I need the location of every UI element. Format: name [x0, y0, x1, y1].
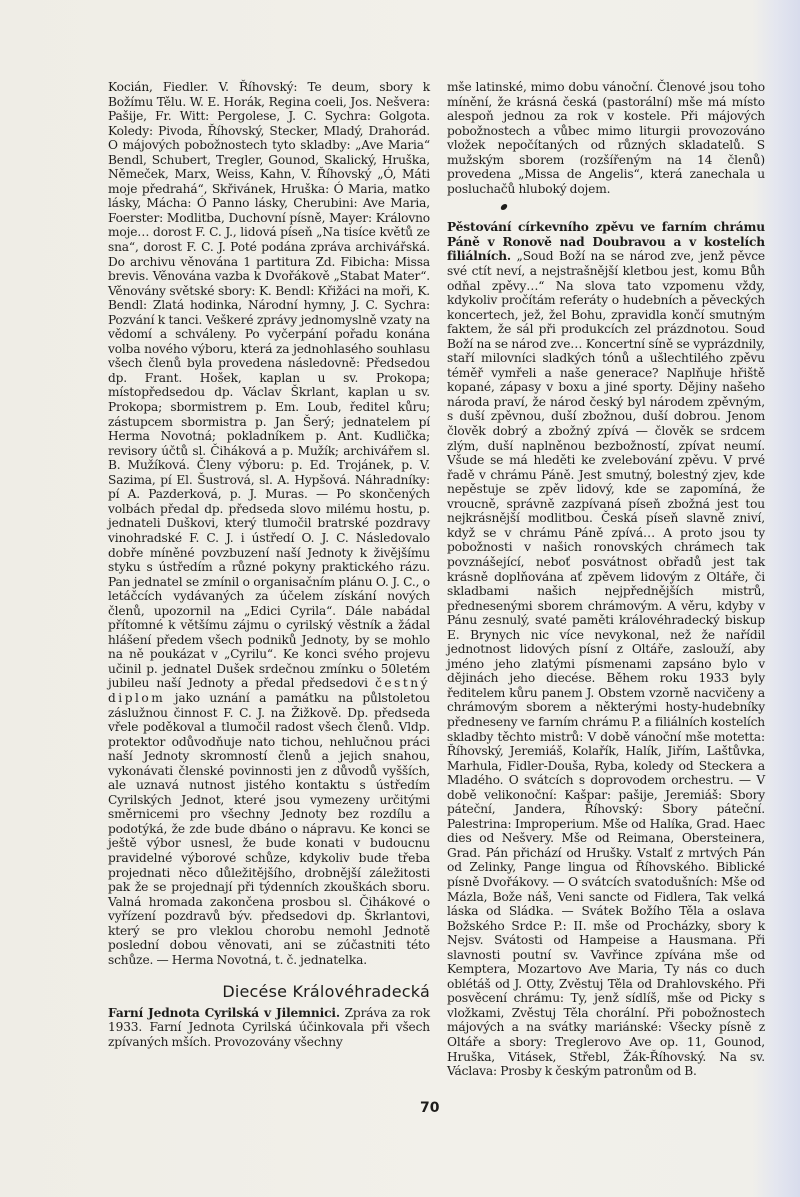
- right-column: mše latinské, mimo dobu vánoční. Členové…: [447, 80, 765, 1079]
- continuation-paragraph: mše latinské, mimo dobu vánoční. Členové…: [447, 80, 765, 196]
- continuation-text-end: jako uznání a památku na půlstoletou zás…: [108, 691, 430, 967]
- document-page: Kocián, Fiedler. V. Říhovský: Te deum, s…: [0, 0, 800, 1197]
- article-paragraph: Farní Jednota Cyrilská v Jilemnici. Zprá…: [108, 1006, 430, 1050]
- continuation-text: Kocián, Fiedler. V. Říhovský: Te deum, s…: [108, 80, 430, 690]
- article-title: Farní Jednota Cyrilská v Jilemnici.: [108, 1006, 340, 1020]
- article-paragraph: Pěstování církevního zpěvu ve farním chr…: [447, 220, 765, 1078]
- page-number: 70: [420, 1100, 439, 1116]
- article-text: „Soud Boží na se národ zve, jenž pěvce s…: [447, 249, 765, 1078]
- report-paragraph: Kocián, Fiedler. V. Říhovský: Te deum, s…: [108, 80, 430, 967]
- section-heading: Diecése Královéhradecká: [108, 985, 430, 1000]
- left-column: Kocián, Fiedler. V. Říhovský: Te deum, s…: [108, 80, 430, 1050]
- bullet-ornament-icon: [500, 204, 508, 210]
